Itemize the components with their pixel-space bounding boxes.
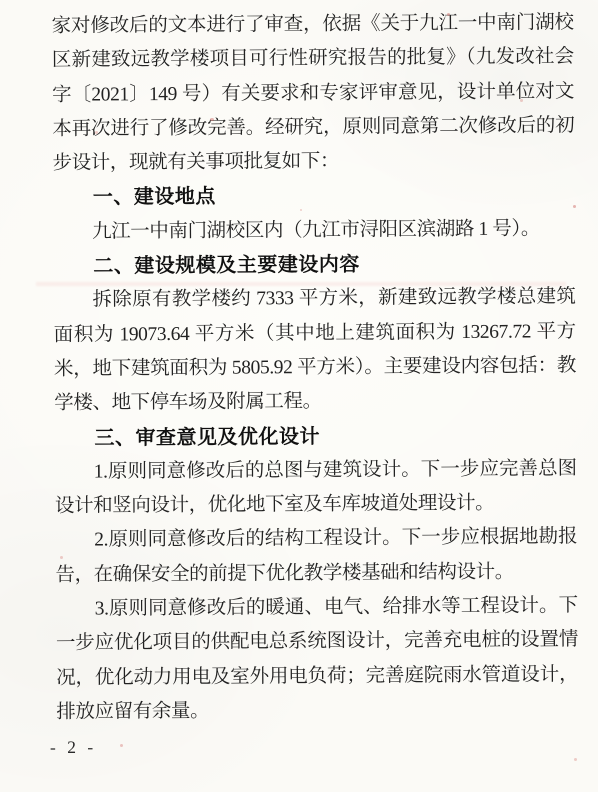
scanned-document-page: 家对修改后的文本进行了审查，依据《关于九江一中南门湖校区新建致远教学楼项目可行性… — [0, 0, 598, 792]
paragraph-review-item-2: 2.原则同意修改后的结构工程设计。下一步应根据地勘报告，在确保安全的前提下优化教… — [55, 521, 577, 593]
paragraph-construction-site: 九江一中南门湖校区内（九江市浔阳区滨湖路 1 号）。 — [53, 212, 575, 250]
section-heading-construction-site: 一、建设地点 — [53, 178, 575, 216]
scan-speckle — [95, 131, 98, 134]
scan-speckle — [120, 744, 123, 747]
scan-speckle — [60, 556, 63, 559]
paragraph-intro: 家对修改后的文本进行了审查，依据《关于九江一中南门湖校区新建致远教学楼项目可行性… — [51, 6, 574, 181]
page-number: - 2 - — [50, 737, 94, 758]
scan-speckle — [300, 209, 302, 211]
paragraph-review-item-1: 1.原则同意修改后的总图与建筑设计。下一步应完善总图设计和竖向设计，优化地下室及… — [55, 452, 577, 524]
scan-speckle — [573, 205, 576, 208]
scan-speckle — [574, 758, 577, 761]
scan-speckle — [447, 13, 450, 16]
scan-speckle — [543, 327, 546, 330]
scan-crease-artifact — [36, 282, 566, 286]
scan-speckle — [210, 118, 214, 121]
section-heading-review-opinions: 三、审查意见及优化设计 — [54, 418, 576, 456]
paragraph-construction-scale: 拆除原有教学楼约 7333 平方米，新建致远教学楼总建筑面积为 19073.64… — [53, 281, 576, 422]
section-heading-construction-scale: 二、建设规模及主要建设内容 — [53, 246, 575, 284]
scan-speckle — [520, 99, 523, 102]
paragraph-review-item-3: 3.原则同意修改后的暖通、电气、给排水等工程设计。下一步应优化项目的供配电总系统… — [56, 589, 579, 730]
document-body: 家对修改后的文本进行了审查，依据《关于九江一中南门湖校区新建致远教学楼项目可行性… — [51, 6, 578, 730]
